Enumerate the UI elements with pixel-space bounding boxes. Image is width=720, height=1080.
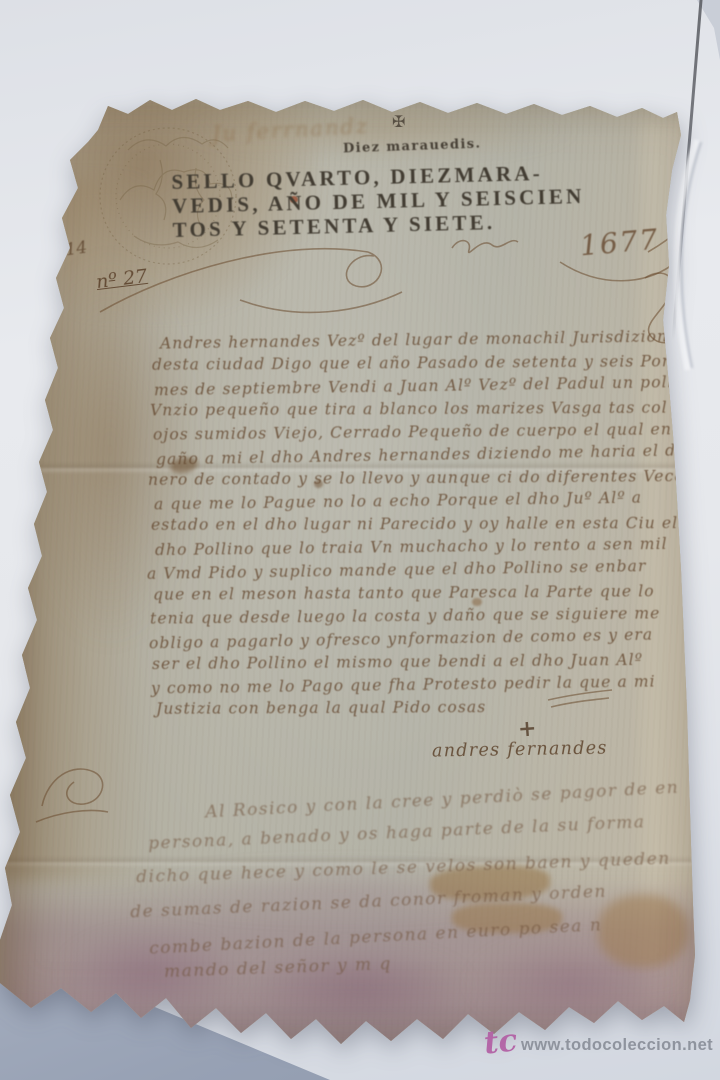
manuscript-line: desta ciudad Digo que el año Pasado de s… (152, 352, 693, 374)
printed-cross-icon: ✠ (392, 112, 405, 131)
todocoleccion-logo: tc (482, 1022, 519, 1061)
signature-name: andres fernandes (432, 738, 608, 761)
watermark-url-text: www.todocoleccion.net (521, 1036, 713, 1055)
photo-of-manuscript: ✠ Ju ferrnandz Diez marauedis. SELLO QVA… (0, 0, 720, 1080)
handwritten-year: 1677 (579, 223, 661, 263)
manuscript-line: nero de contado y se lo llevo y aunque c… (148, 467, 694, 489)
manuscript-line: Vnzio pequeño que tira a blanco los mari… (150, 399, 668, 420)
manuscript-shadow-wrap: ✠ Ju ferrnandz Diez marauedis. SELLO QVA… (0, 0, 720, 1080)
signature-cross-mark: + (517, 715, 537, 742)
manuscript-line: que en el meson hasta tanto que Paresca … (153, 582, 655, 604)
manuscript-line: estado en el dho lugar ni Parecido y oy … (151, 514, 678, 534)
seal-text-block: SELLO QVARTO, DIEZMARA- VEDIS, AÑO DE MI… (171, 160, 585, 242)
manuscript-line: Justizia con benga la qual Pido cosas (156, 698, 486, 718)
manuscript-page: ✠ Ju ferrnandz Diez marauedis. SELLO QVA… (0, 0, 720, 1080)
